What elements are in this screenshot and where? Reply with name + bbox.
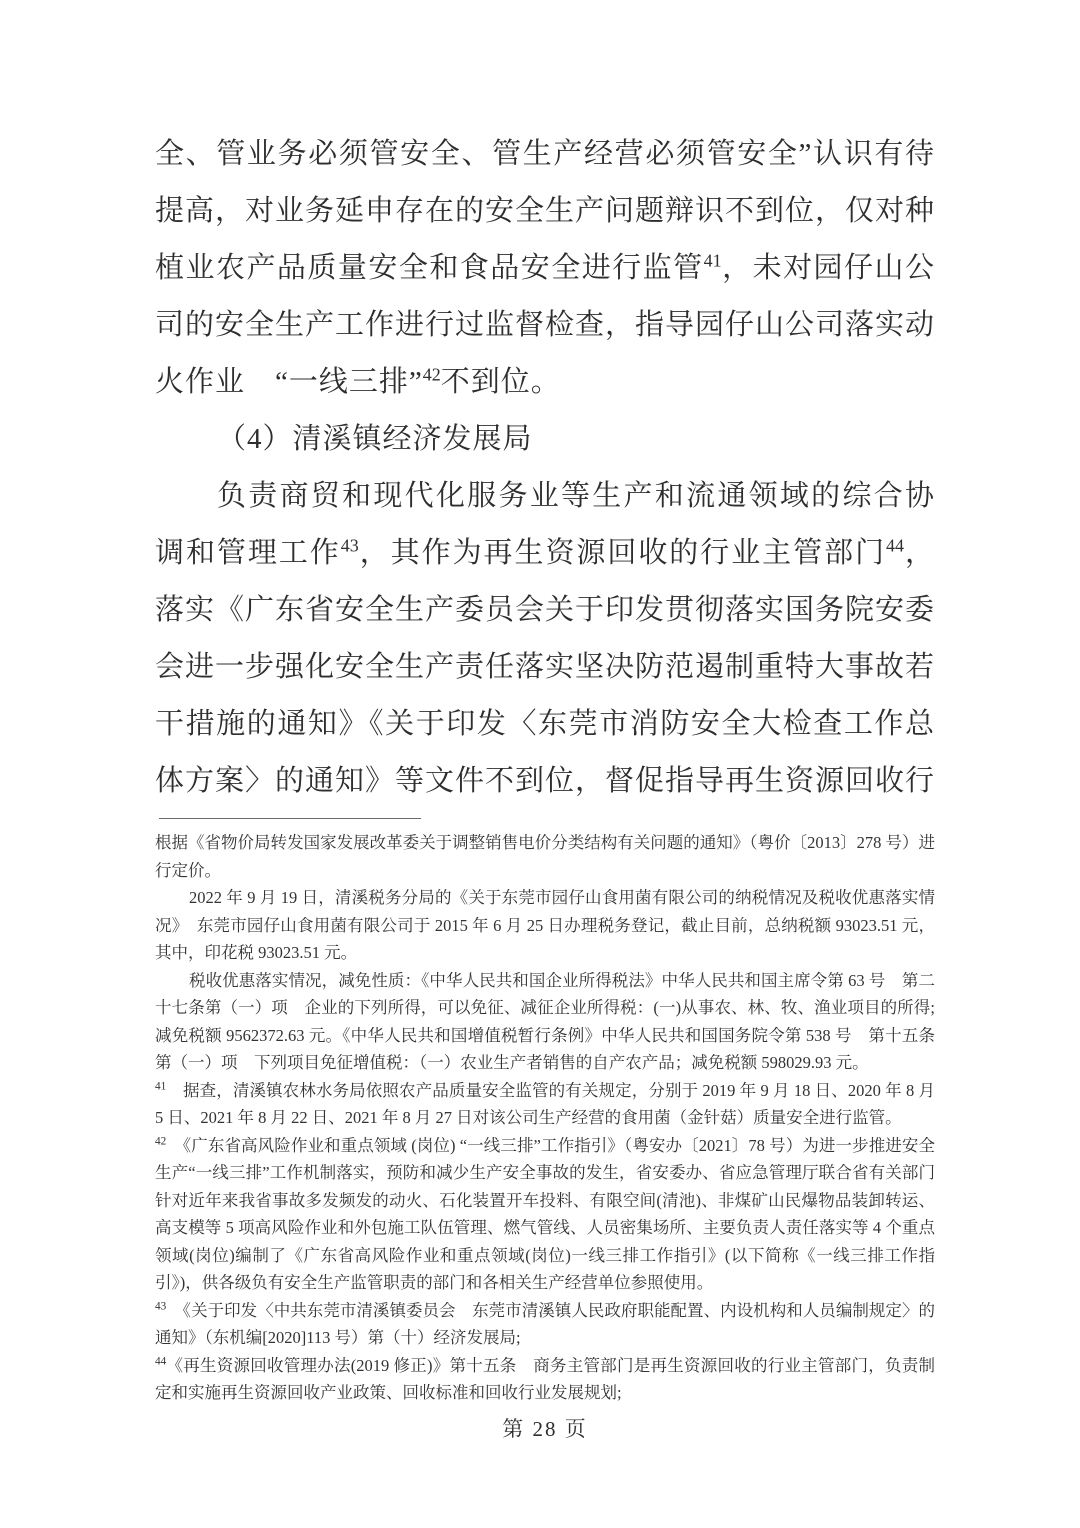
footnote-item: 41 据查，清溪镇农林水务局依照农产品质量安全监管的有关规定，分别于 2019 … (155, 1077, 935, 1132)
footnote-separator (159, 818, 421, 819)
footnote-item: 43 《关于印发〈中共东莞市清溪镇委员会 东莞市清溪镇人民政府职能配置、内设机构… (155, 1297, 935, 1352)
body-paragraph: 全、管业务必须管安全、管生产经营必须管安全”认识有待提高，对业务延申存在的安全生… (155, 126, 935, 411)
footnote-item: 根据《省物价局转发国家发展改革委关于调整销售电价分类结构有关问题的通知》（粤价〔… (155, 829, 935, 884)
footnote-marker: 44 (155, 1355, 166, 1367)
footnote-marker: 43 (155, 1300, 166, 1312)
footnote-marker: 42 (155, 1135, 166, 1147)
footnote-reference: 41 (704, 250, 722, 270)
footnote-marker: 41 (155, 1080, 166, 1092)
page-number: 第 28 页 (155, 1413, 935, 1443)
document-page: 全、管业务必须管安全、管生产经营必须管安全”认识有待提高，对业务延申存在的安全生… (0, 0, 1080, 1528)
footnote-item: 42 《广东省高风险作业和重点领域 (岗位) “一线三排”工作指引》（粤安办〔2… (155, 1132, 935, 1297)
body-paragraph: （4）清溪镇经济发展局 (155, 411, 935, 468)
footnote-item: 44《再生资源回收管理办法(2019 修正)》第十五条 商务主管部门是再生资源回… (155, 1352, 935, 1407)
body-text: 全、管业务必须管安全、管生产经营必须管安全”认识有待提高，对业务延申存在的安全生… (155, 126, 935, 810)
footnote-reference: 43 (341, 535, 359, 555)
body-paragraph: 负责商贸和现代化服务业等生产和流通领域的综合协调和管理工作43，其作为再生资源回… (155, 468, 935, 810)
footnote-reference: 44 (886, 535, 904, 555)
footnote-item: 税收优惠落实情况，减免性质：《中华人民共和国企业所得税法》中华人民共和国主席令第… (155, 967, 935, 1077)
footnote-item: 2022 年 9 月 19 日，清溪税务分局的《关于东莞市园仔山食用菌有限公司的… (155, 884, 935, 967)
footnote-list: 根据《省物价局转发国家发展改革委关于调整销售电价分类结构有关问题的通知》（粤价〔… (155, 829, 935, 1407)
footnote-reference: 42 (423, 364, 441, 384)
